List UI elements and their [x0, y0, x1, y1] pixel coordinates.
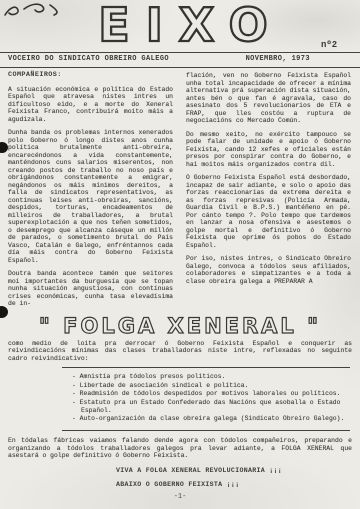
paragraph: Dunha banda os problemas internos xenera… — [8, 129, 173, 264]
masthead-title: EIXO — [68, 0, 314, 50]
column-left: COMPAÑEIROS: A situación económica e pol… — [8, 72, 173, 314]
page-number: -1- — [0, 493, 360, 501]
article-body: COMPAÑEIROS: A situación económica e pol… — [8, 72, 352, 495]
masthead-rule-bottom — [0, 67, 360, 68]
paragraph: Por iso, nistes intres, o Sindicato Obre… — [186, 255, 351, 285]
demand-item: - Readmisión de tódolos despedidos por m… — [72, 390, 348, 398]
closing-paragraph: En tódalas fábricas vaiamos falando dend… — [8, 437, 352, 460]
masthead-date: NOVEMBRO, 1973 — [246, 55, 310, 63]
demand-item: - Amnistía pra tódolos presos políticos. — [72, 373, 348, 381]
slogan: ABAIXO O GOBERNO FEIXISTA ¡¡¡ — [116, 481, 352, 489]
column-right: flación, ven no Goberno Feixista Español… — [186, 72, 351, 314]
ink-blot — [0, 306, 8, 318]
slogan: VIVA A FOLGA XENERAL REVOLUCIONARIA ¡¡¡ — [116, 467, 352, 475]
ink-blot — [0, 142, 8, 153]
demand-item: - Estatuto pra un Estado Confederado das… — [72, 399, 348, 414]
demands-list: - Amnistía pra tódolos presos políticos.… — [62, 367, 350, 431]
demand-item: - Libertade de asociación sindical e pol… — [72, 382, 348, 390]
paragraph: flación, ven no Goberno Feixista Español… — [186, 72, 351, 125]
paragraph: A situación económica e política do Esta… — [8, 86, 173, 124]
two-column-section: COMPAÑEIROS: A situación económica e pol… — [8, 72, 352, 314]
masthead-rule-top — [0, 52, 360, 53]
salutation: COMPAÑEIROS: — [8, 72, 173, 80]
headline-folga-xeneral: " FOLGA XENERAL " — [8, 315, 352, 338]
paragraph: Do mesmo xeito, no exército tampouco se … — [186, 131, 351, 169]
slogans-block: VIVA A FOLGA XENERAL REVOLUCIONARIA ¡¡¡ … — [116, 467, 352, 489]
paragraph: Doutra banda acontece tamén que seitores… — [8, 270, 173, 308]
scanned-bulletin-page: EIXO nº2 VOCEIRO DO SINDICATO OBREIRO GA… — [0, 0, 360, 509]
issue-number: nº2 — [321, 40, 337, 50]
demand-item: - Auto-organización da clase obreira gal… — [72, 415, 348, 423]
headline-intro-paragraph: como medio de loita pra derrocar ó Gober… — [8, 340, 352, 363]
paragraph: O Goberno Feixista Español está desborda… — [186, 174, 351, 249]
masthead-subtitle: VOCEIRO DO SINDICATO OBREIRO GALEGO — [8, 55, 169, 63]
pen-scribble-mark — [2, 1, 72, 27]
